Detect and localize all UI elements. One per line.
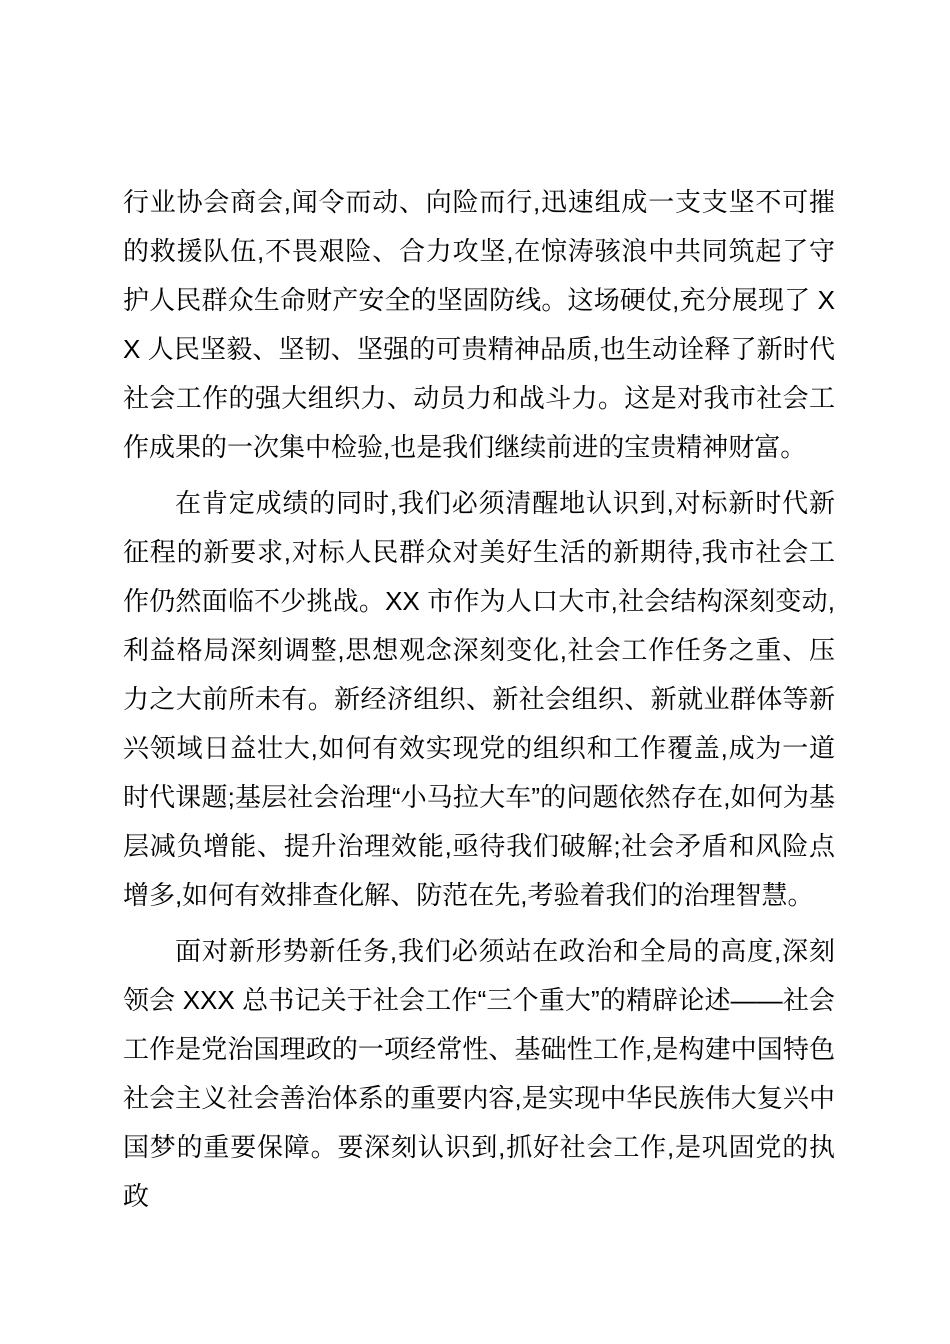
document-text-block: 行业协会商会,闻令而动、向险而行,迅速组成一支支坚不可摧的救援队伍,不畏艰险、合… xyxy=(123,178,835,1228)
paragraph-2: 在肯定成绩的同时,我们必须清醒地认识到,对标新时代新征程的新要求,对标人民群众对… xyxy=(123,479,835,920)
document-page: 行业协会商会,闻令而动、向险而行,迅速组成一支支坚不可摧的救援队伍,不畏艰险、合… xyxy=(0,0,950,1344)
paragraph-3: 面对新形势新任务,我们必须站在政治和全局的高度,深刻领会 XXX 总书记关于社会… xyxy=(123,927,835,1221)
paragraph-1: 行业协会商会,闻令而动、向险而行,迅速组成一支支坚不可摧的救援队伍,不畏艰险、合… xyxy=(123,178,835,472)
